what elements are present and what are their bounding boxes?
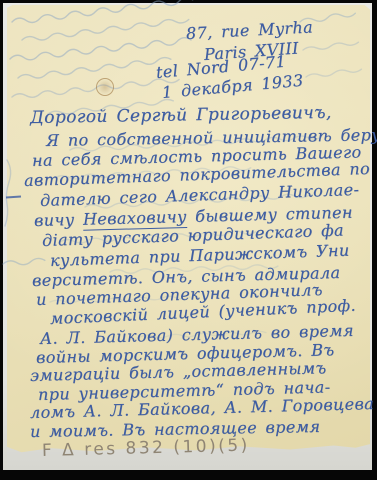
salutation: Дорогой Сергѣй Григорьевичъ, — [30, 103, 332, 128]
letter-text-layer: 87, rue Myrha Paris XVIII tel Nord 07-71… — [0, 0, 377, 480]
round-ink-stamp — [96, 78, 114, 96]
scan-frame: 87, rue Myrha Paris XVIII tel Nord 07-71… — [0, 0, 377, 480]
body-line-fragment: вичу — [34, 210, 83, 230]
margin-dash-mark — [6, 195, 21, 198]
catalog-call-number: F Δ res 832 (10)(5) — [42, 436, 250, 461]
